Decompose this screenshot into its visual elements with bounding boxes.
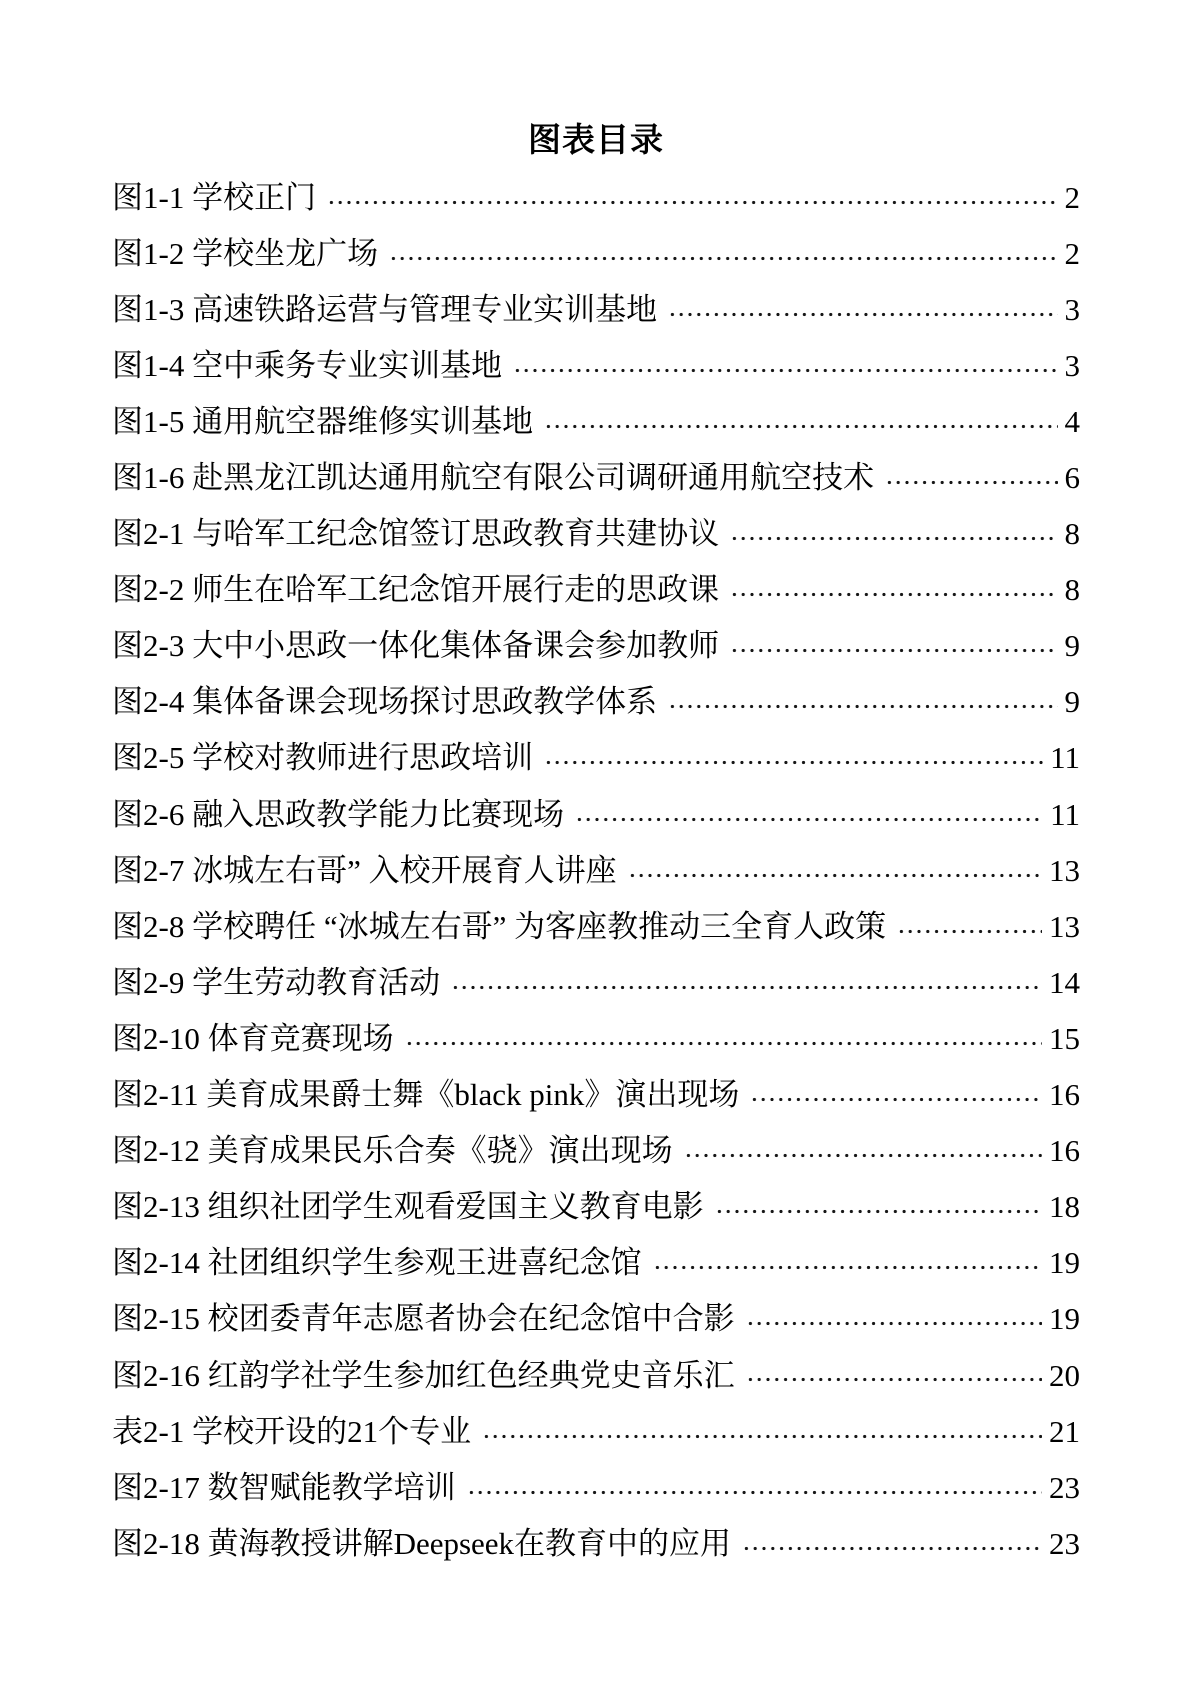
toc-entry[interactable]: 图2-6 融入思政教学能力比赛现场 11 xyxy=(112,786,1080,842)
toc-entry-page: 9 xyxy=(1065,686,1081,717)
dot-leader xyxy=(482,1403,1042,1459)
toc-entry-page: 13 xyxy=(1049,855,1080,886)
dot-leader xyxy=(715,1179,1042,1235)
toc-entry[interactable]: 图2-3 大中小思政一体化集体备课会参加教师 9 xyxy=(112,618,1080,674)
toc-entry[interactable]: 图1-6 赴黑龙江凯达通用航空有限公司调研通用航空技术 6 xyxy=(112,449,1080,505)
toc-entry-page: 23 xyxy=(1049,1528,1080,1559)
dot-leader xyxy=(897,898,1042,954)
toc-entry-page: 8 xyxy=(1065,518,1081,549)
toc-entry[interactable]: 图2-1 与哈军工纪念馆签订思政教育共建协议 8 xyxy=(112,506,1080,562)
dot-leader xyxy=(544,730,1043,786)
toc-entry-page: 8 xyxy=(1065,574,1081,605)
dot-leader xyxy=(513,337,1057,393)
toc-entry-label: 图1-2 学校坐龙广场 xyxy=(112,238,378,269)
toc-entry-label: 图2-8 学校聘任 “冰城左右哥” 为客座教推动三全育人政策 xyxy=(112,911,886,942)
toc-entry-page: 11 xyxy=(1050,799,1080,830)
toc-entry[interactable]: 图1-2 学校坐龙广场 2 xyxy=(112,225,1080,281)
toc-entry-page: 19 xyxy=(1049,1303,1080,1334)
dot-leader xyxy=(885,449,1057,505)
toc-entry[interactable]: 图2-11 美育成果爵士舞《black pink》演出现场 16 xyxy=(112,1067,1080,1123)
toc-entry-label: 图2-18 黄海教授讲解Deepseek在教育中的应用 xyxy=(112,1528,731,1559)
dot-leader xyxy=(730,618,1057,674)
toc-entry-page: 11 xyxy=(1050,742,1080,773)
toc-entry-label: 图2-1 与哈军工纪念馆签订思政教育共建协议 xyxy=(112,518,719,549)
toc-entry-label: 图1-5 通用航空器维修实训基地 xyxy=(112,406,533,437)
toc-entry[interactable]: 图2-5 学校对教师进行思政培训 11 xyxy=(112,730,1080,786)
toc-entry[interactable]: 图1-1 学校正门 2 xyxy=(112,169,1080,225)
toc-entry-label: 图1-3 高速铁路运营与管理专业实训基地 xyxy=(112,294,657,325)
toc-entry-page: 6 xyxy=(1065,462,1081,493)
toc-entry[interactable]: 图2-7 冰城左右哥” 入校开展育人讲座 13 xyxy=(112,842,1080,898)
toc-entry-page: 9 xyxy=(1065,630,1081,661)
toc-entry[interactable]: 图2-9 学生劳动教育活动 14 xyxy=(112,954,1080,1010)
toc-entry-page: 18 xyxy=(1049,1191,1080,1222)
toc-entry[interactable]: 图2-12 美育成果民乐合奏《骁》演出现场 16 xyxy=(112,1123,1080,1179)
toc-entry-label: 图2-17 数智赋能教学培训 xyxy=(112,1472,456,1503)
toc-entry-page: 16 xyxy=(1049,1079,1080,1110)
toc-entry-page: 19 xyxy=(1049,1247,1080,1278)
toc-entry-label: 图2-11 美育成果爵士舞《black pink》演出现场 xyxy=(112,1079,739,1110)
dot-leader xyxy=(575,786,1043,842)
toc-entry-page: 2 xyxy=(1065,238,1081,269)
dot-leader xyxy=(730,506,1057,562)
toc-entry-label: 图2-10 体育竞赛现场 xyxy=(112,1023,394,1054)
toc-entry-page: 21 xyxy=(1049,1416,1080,1447)
toc-entry-label: 图2-9 学生劳动教育活动 xyxy=(112,967,440,998)
toc-entry-page: 20 xyxy=(1049,1360,1080,1391)
dot-leader xyxy=(389,225,1057,281)
dot-leader xyxy=(668,674,1057,730)
toc-entry[interactable]: 图2-4 集体备课会现场探讨思政教学体系 9 xyxy=(112,674,1080,730)
toc-entry-label: 图2-4 集体备课会现场探讨思政教学体系 xyxy=(112,686,657,717)
dot-leader xyxy=(467,1459,1042,1515)
toc-entry[interactable]: 图1-5 通用航空器维修实训基地 4 xyxy=(112,393,1080,449)
dot-leader xyxy=(653,1235,1042,1291)
toc-entry-page: 13 xyxy=(1049,911,1080,942)
toc-entry-label: 图2-14 社团组织学生参观王进喜纪念馆 xyxy=(112,1247,642,1278)
dot-leader xyxy=(628,842,1042,898)
toc-entry[interactable]: 图2-14 社团组织学生参观王进喜纪念馆 19 xyxy=(112,1235,1080,1291)
dot-leader xyxy=(742,1515,1042,1571)
dot-leader xyxy=(750,1067,1042,1123)
document-page: 图表目录 图1-1 学校正门 2 图1-2 学校坐龙广场 2 图1-3 高速铁路… xyxy=(0,0,1190,1683)
toc-entry-page: 16 xyxy=(1049,1135,1080,1166)
dot-leader xyxy=(684,1123,1042,1179)
toc-entry[interactable]: 表2-1 学校开设的21个专业 21 xyxy=(112,1403,1080,1459)
toc-entry-label: 图2-6 融入思政教学能力比赛现场 xyxy=(112,799,564,830)
toc-entry[interactable]: 图2-18 黄海教授讲解Deepseek在教育中的应用 23 xyxy=(112,1515,1080,1571)
toc-entry-label: 图2-3 大中小思政一体化集体备课会参加教师 xyxy=(112,630,719,661)
toc-entry-label: 图2-7 冰城左右哥” 入校开展育人讲座 xyxy=(112,855,617,886)
toc-entry-label: 表2-1 学校开设的21个专业 xyxy=(112,1416,471,1447)
toc-entry-label: 图1-4 空中乘务专业实训基地 xyxy=(112,350,502,381)
dot-leader xyxy=(746,1291,1042,1347)
toc-entry-page: 3 xyxy=(1065,294,1081,325)
toc-entry[interactable]: 图2-16 红韵学社学生参加红色经典党史音乐汇 20 xyxy=(112,1347,1080,1403)
toc-entry-page: 4 xyxy=(1065,406,1081,437)
toc-entry[interactable]: 图2-13 组织社团学生观看爱国主义教育电影 18 xyxy=(112,1179,1080,1235)
dot-leader xyxy=(451,954,1042,1010)
dot-leader xyxy=(544,393,1057,449)
toc-entry-label: 图2-2 师生在哈军工纪念馆开展行走的思政课 xyxy=(112,574,719,605)
toc-entry-page: 14 xyxy=(1049,967,1080,998)
dot-leader xyxy=(746,1347,1042,1403)
dot-leader xyxy=(405,1010,1042,1066)
toc-entry-label: 图2-16 红韵学社学生参加红色经典党史音乐汇 xyxy=(112,1360,735,1391)
toc-entry-label: 图2-13 组织社团学生观看爱国主义教育电影 xyxy=(112,1191,704,1222)
dot-leader xyxy=(327,169,1057,225)
toc-entry-label: 图1-6 赴黑龙江凯达通用航空有限公司调研通用航空技术 xyxy=(112,462,874,493)
toc-entry-label: 图2-15 校团委青年志愿者协会在纪念馆中合影 xyxy=(112,1303,735,1334)
toc-entry[interactable]: 图1-3 高速铁路运营与管理专业实训基地 3 xyxy=(112,281,1080,337)
toc-entry[interactable]: 图2-10 体育竞赛现场 15 xyxy=(112,1010,1080,1066)
toc-entry-label: 图2-12 美育成果民乐合奏《骁》演出现场 xyxy=(112,1135,673,1166)
toc-entry[interactable]: 图2-17 数智赋能教学培训 23 xyxy=(112,1459,1080,1515)
toc-entry-page: 23 xyxy=(1049,1472,1080,1503)
dot-leader xyxy=(668,281,1057,337)
toc-entry[interactable]: 图2-8 学校聘任 “冰城左右哥” 为客座教推动三全育人政策 13 xyxy=(112,898,1080,954)
toc-entry[interactable]: 图1-4 空中乘务专业实训基地 3 xyxy=(112,337,1080,393)
dot-leader xyxy=(730,562,1057,618)
toc-entry-label: 图1-1 学校正门 xyxy=(112,182,316,213)
toc-entry-page: 15 xyxy=(1049,1023,1080,1054)
page-title: 图表目录 xyxy=(112,120,1080,160)
toc-entry-page: 3 xyxy=(1065,350,1081,381)
toc-list: 图1-1 学校正门 2 图1-2 学校坐龙广场 2 图1-3 高速铁路运营与管理… xyxy=(112,169,1080,1571)
toc-entry-page: 2 xyxy=(1065,182,1081,213)
toc-entry[interactable]: 图2-2 师生在哈军工纪念馆开展行走的思政课 8 xyxy=(112,562,1080,618)
toc-entry-label: 图2-5 学校对教师进行思政培训 xyxy=(112,742,533,773)
toc-entry[interactable]: 图2-15 校团委青年志愿者协会在纪念馆中合影 19 xyxy=(112,1291,1080,1347)
